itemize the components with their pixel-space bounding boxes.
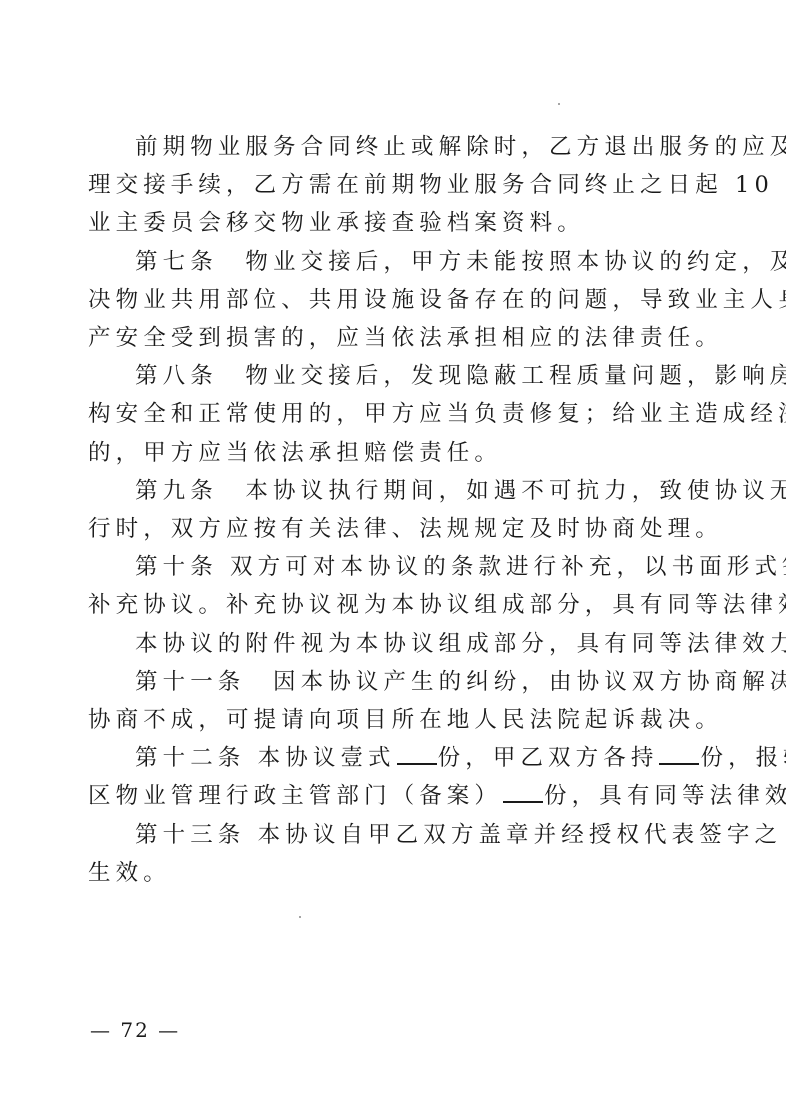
- line-text: 行时，双方应按有关法律、法规规定及时协商处理。: [88, 516, 723, 542]
- line-text: 生效。: [88, 860, 171, 886]
- fill-in-blank[interactable]: [659, 743, 699, 765]
- line-text: 构安全和正常使用的，甲方应当负责修复；给业主造成经济损失: [88, 401, 786, 427]
- text-line: 第八条 物业交接后，发现隐蔽工程质量问题，影响房屋结: [135, 357, 786, 395]
- line-text: 第十三条 本协议自甲乙双方盖章并经授权代表签字之日起: [135, 822, 786, 848]
- line-text: 份，甲乙双方各持: [438, 745, 659, 771]
- text-line: 产安全受到损害的，应当依法承担相应的法律责任。: [88, 319, 723, 357]
- page-number: — 72 —: [90, 1018, 180, 1042]
- scan-speck: [558, 103, 560, 105]
- line-text: 补充协议。补充协议视为本协议组成部分，具有同等法律效力。: [88, 592, 786, 618]
- text-line: 业主委员会移交物业承接查验档案资料。: [88, 204, 585, 242]
- line-text: 理交接手续，乙方需在前期物业服务合同终止之日起 10 日内向: [88, 172, 786, 198]
- line-text: 前期物业服务合同终止或解除时，乙方退出服务的应及时办: [135, 134, 786, 160]
- text-line: 行时，双方应按有关法律、法规规定及时协商处理。: [88, 510, 723, 548]
- text-line: 理交接手续，乙方需在前期物业服务合同终止之日起 10 日内向: [88, 166, 786, 204]
- line-text: 份，报辖: [700, 745, 786, 771]
- document-page: 前期物业服务合同终止或解除时，乙方退出服务的应及时办理交接手续，乙方需在前期物业…: [0, 0, 786, 1118]
- line-text: 的，甲方应当依法承担赔偿责任。: [88, 440, 502, 466]
- text-line: 本协议的附件视为本协议组成部分，具有同等法律效力。: [135, 625, 786, 663]
- article-13-line: 生效。: [88, 854, 171, 892]
- line-text: 区物业管理行政主管部门（备案）: [88, 783, 502, 809]
- scan-speck: [299, 916, 301, 918]
- fill-in-blank[interactable]: [397, 743, 437, 765]
- line-text: 协商不成，可提请向项目所在地人民法院起诉裁决。: [88, 707, 723, 733]
- text-line: 的，甲方应当依法承担赔偿责任。: [88, 434, 502, 472]
- text-line: 构安全和正常使用的，甲方应当负责修复；给业主造成经济损失: [88, 395, 786, 433]
- text-line: 第十一条 因本协议产生的纠纷，由协议双方协商解决。如: [135, 663, 786, 701]
- article-12-line: 第十二条 本协议壹式份，甲乙双方各持份，报辖: [135, 739, 786, 777]
- text-line: 决物业共用部位、共用设施设备存在的问题，导致业主人身、财: [88, 281, 786, 319]
- text-line: 补充协议。补充协议视为本协议组成部分，具有同等法律效力。: [88, 586, 786, 624]
- line-text: 第九条 本协议执行期间，如遇不可抗力，致使协议无法履: [135, 478, 786, 504]
- line-text: 本协议的附件视为本协议组成部分，具有同等法律效力。: [135, 631, 786, 657]
- text-line: 第九条 本协议执行期间，如遇不可抗力，致使协议无法履: [135, 472, 786, 510]
- article-12-line: 区物业管理行政主管部门（备案）份，具有同等法律效力。: [88, 777, 786, 815]
- line-text: 决物业共用部位、共用设施设备存在的问题，导致业主人身、财: [88, 287, 786, 313]
- line-text: 第十条 双方可对本协议的条款进行补充，以书面形式签订: [135, 554, 786, 580]
- line-text: 第十一条 因本协议产生的纠纷，由协议双方协商解决。如: [135, 669, 786, 695]
- line-text: 第八条 物业交接后，发现隐蔽工程质量问题，影响房屋结: [135, 363, 786, 389]
- line-text: 份，具有同等法律效力。: [544, 783, 786, 809]
- text-line: 前期物业服务合同终止或解除时，乙方退出服务的应及时办: [135, 128, 786, 166]
- line-text: 第七条 物业交接后，甲方未能按照本协议的约定，及时解: [135, 249, 786, 275]
- line-text: 第十二条 本协议壹式: [135, 745, 396, 771]
- text-line: 第七条 物业交接后，甲方未能按照本协议的约定，及时解: [135, 243, 786, 281]
- text-line: 协商不成，可提请向项目所在地人民法院起诉裁决。: [88, 701, 723, 739]
- line-text: 产安全受到损害的，应当依法承担相应的法律责任。: [88, 325, 723, 351]
- line-text: 业主委员会移交物业承接查验档案资料。: [88, 210, 585, 236]
- text-line: 第十条 双方可对本协议的条款进行补充，以书面形式签订: [135, 548, 786, 586]
- article-13-line: 第十三条 本协议自甲乙双方盖章并经授权代表签字之日起: [135, 816, 786, 854]
- fill-in-blank[interactable]: [503, 781, 543, 803]
